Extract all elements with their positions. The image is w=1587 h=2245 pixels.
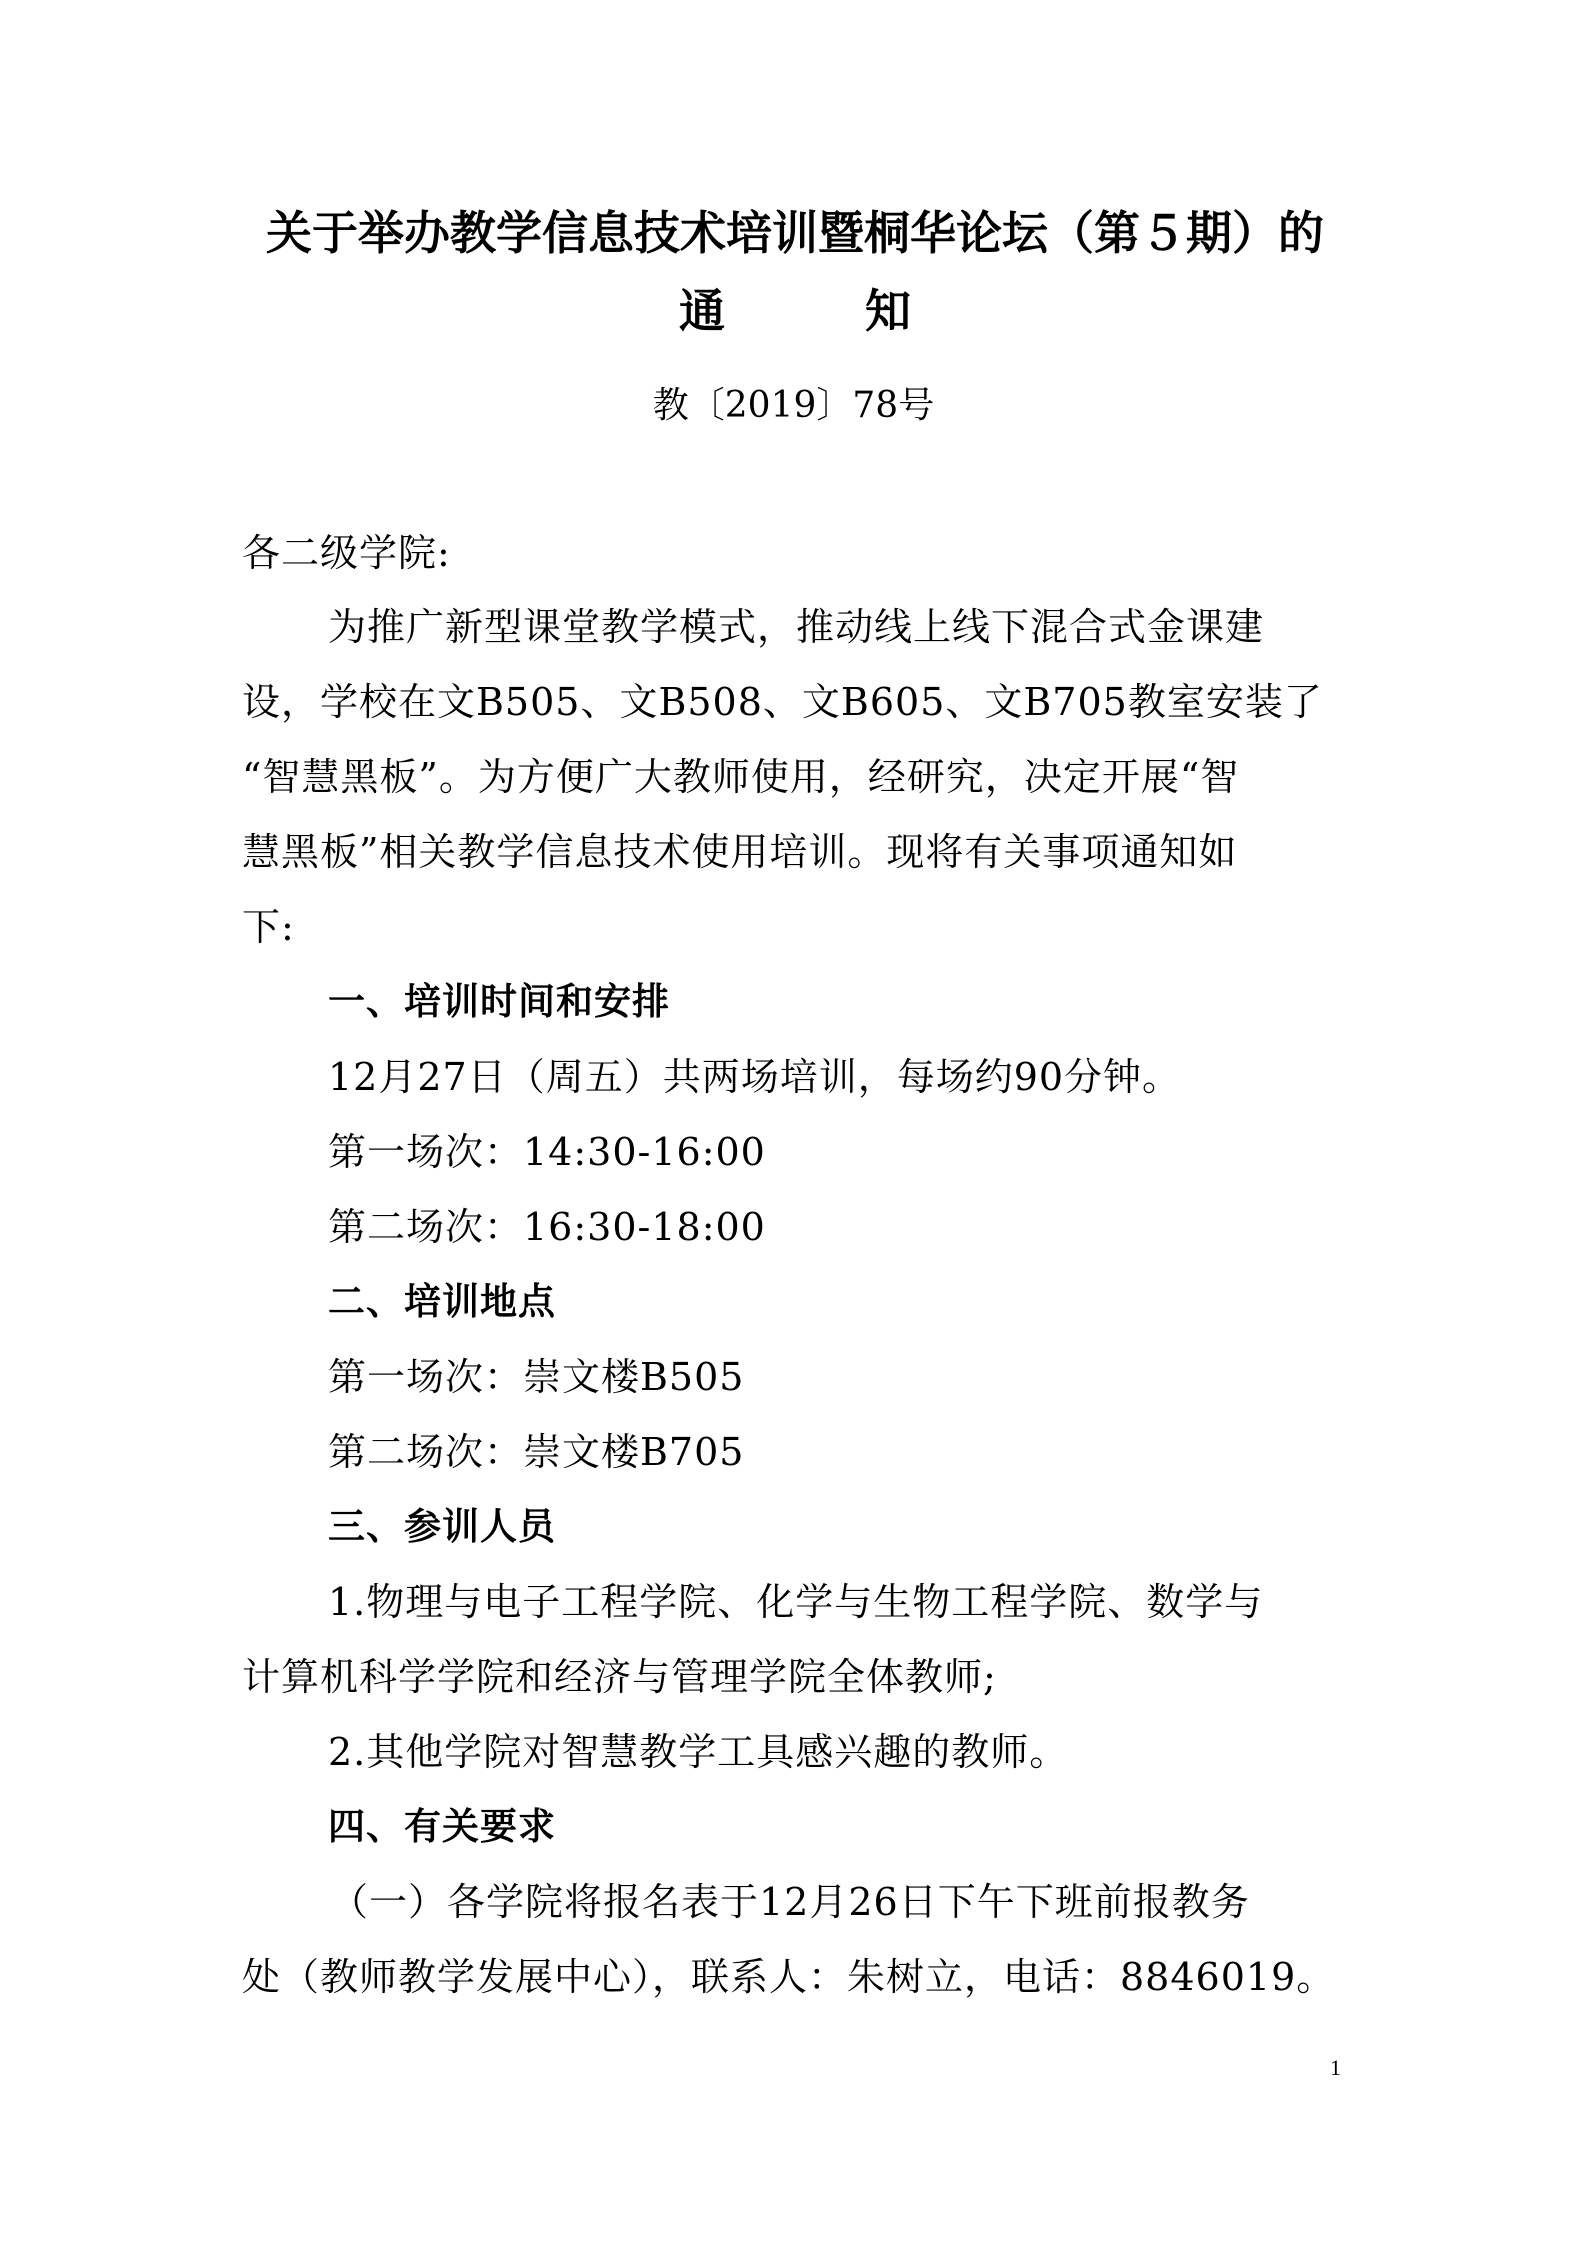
document-number: 教〔2019〕78号 <box>0 388 1587 424</box>
section-line: 第二场次：16:30-18:00 <box>328 1208 766 1246</box>
page-number: 1 <box>1330 2055 1341 2081</box>
section-line: 处（教师教学发展中心），联系人：朱树立，电话：8846019。 <box>242 1958 1335 1996</box>
section-line: 第二场次：崇文楼B705 <box>328 1433 744 1471</box>
document-page: 关于举办教学信息技术培训暨桐华论坛（第５期）的 通知 教〔2019〕78号 各二… <box>0 0 1587 2245</box>
salutation: 各二级学院: <box>242 534 451 572</box>
document-title-line-2: 通知 <box>240 288 1350 334</box>
section-line: （一）各学院将报名表于12月26日下午下班前报教务 <box>330 1883 1250 1921</box>
intro-line: “智慧黑板”。为方便广大教师使用，经研究，决定开展“智 <box>242 758 1239 796</box>
section-line: 第一场次：14:30-16:00 <box>328 1133 766 1171</box>
section-heading: 三、参训人员 <box>328 1508 556 1545</box>
section-line: 第一场次：崇文楼B505 <box>328 1358 744 1396</box>
section-line: 12月27日（周五）共两场培训，每场约90分钟。 <box>328 1058 1181 1096</box>
section-line: 1.物理与电子工程学院、化学与生物工程学院、数学与 <box>328 1583 1263 1621</box>
intro-line: 设，学校在文B505、文B508、文B605、文B705教室安装了 <box>242 683 1323 721</box>
intro-line: 下: <box>242 908 295 946</box>
section-line: 2.其他学院对智慧教学工具感兴趣的教师。 <box>328 1733 1068 1771</box>
intro-line: 为推广新型课堂教学模式，推动线上线下混合式金课建 <box>328 608 1264 646</box>
title-char-tong: 通 <box>679 284 725 338</box>
intro-line: 慧黑板”相关教学信息技术使用培训。现将有关事项通知如 <box>242 833 1237 871</box>
document-title-line-1: 关于举办教学信息技术培训暨桐华论坛（第５期）的 <box>240 210 1350 256</box>
section-line: 计算机科学学院和经济与管理学院全体教师; <box>242 1658 997 1696</box>
section-heading: 四、有关要求 <box>328 1808 556 1845</box>
title-char-zhi: 知 <box>865 284 911 338</box>
section-heading: 二、培训地点 <box>328 1283 556 1320</box>
section-heading: 一、培训时间和安排 <box>328 983 670 1020</box>
